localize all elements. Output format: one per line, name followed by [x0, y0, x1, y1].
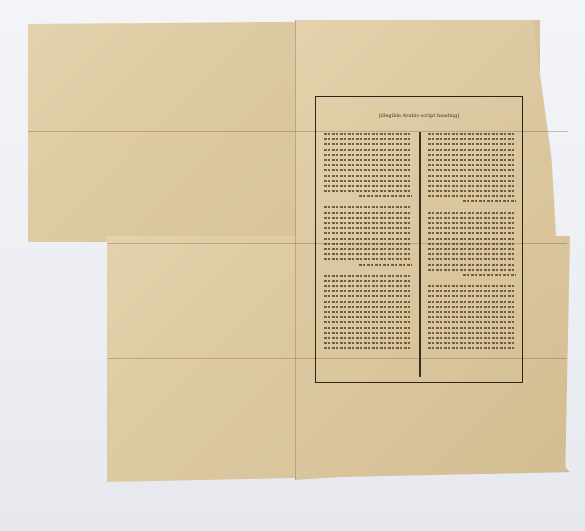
text-line [359, 264, 412, 266]
text-line [463, 274, 516, 276]
text-line [324, 217, 412, 219]
photo-scene: [illegible Arabic-script heading] [0, 0, 585, 531]
text-line [324, 222, 412, 224]
text-line [428, 342, 516, 344]
text-line [428, 311, 516, 313]
text-line [428, 138, 516, 140]
text-line [428, 301, 516, 303]
text-line [428, 143, 516, 145]
text-line [324, 227, 412, 229]
text-line [324, 180, 412, 182]
text-line [324, 248, 412, 250]
text-line [428, 238, 516, 240]
text-line [324, 138, 412, 140]
text-line [428, 175, 516, 177]
text-line [428, 327, 516, 329]
fold-crease-vertical [295, 20, 296, 480]
text-line [428, 295, 516, 297]
text-line [359, 195, 412, 197]
text-line [324, 290, 412, 292]
text-line [324, 342, 412, 344]
text-line [324, 321, 412, 323]
text-line [428, 285, 516, 287]
printed-text-block: [illegible Arabic-script heading] [315, 96, 523, 383]
text-line [428, 190, 516, 192]
text-line [324, 159, 412, 161]
text-line [324, 185, 412, 187]
text-line [324, 327, 412, 329]
text-line [324, 232, 412, 234]
text-line [428, 316, 516, 318]
text-line [428, 258, 516, 260]
text-line [428, 159, 516, 161]
text-line [428, 164, 516, 166]
text-line [324, 337, 412, 339]
text-line [324, 243, 412, 245]
text-line [428, 222, 516, 224]
text-line [428, 180, 516, 182]
text-line [428, 195, 516, 197]
text-line [428, 321, 516, 323]
text-line [324, 175, 412, 177]
text-column-left [324, 133, 412, 373]
document-title: [illegible Arabic-script heading] [316, 113, 522, 119]
text-line [324, 164, 412, 166]
text-line [324, 258, 412, 260]
text-line [428, 217, 516, 219]
text-line [428, 332, 516, 334]
text-line [324, 316, 412, 318]
text-line [324, 253, 412, 255]
text-line [324, 169, 412, 171]
text-line [428, 243, 516, 245]
text-line [324, 133, 412, 135]
text-line [324, 301, 412, 303]
text-line [324, 190, 412, 192]
text-line [428, 306, 516, 308]
text-line [428, 212, 516, 214]
text-line [324, 275, 412, 277]
text-line [428, 248, 516, 250]
text-line [428, 185, 516, 187]
text-line [428, 264, 516, 266]
text-line [428, 154, 516, 156]
column-divider [419, 132, 421, 377]
text-line [428, 253, 516, 255]
text-line [428, 149, 516, 151]
text-line [324, 206, 412, 208]
text-line [324, 280, 412, 282]
text-line [324, 306, 412, 308]
text-line [428, 232, 516, 234]
text-line [324, 332, 412, 334]
text-line [324, 295, 412, 297]
text-line [463, 200, 516, 202]
text-line [324, 347, 412, 349]
text-column-right [428, 133, 516, 373]
text-line [428, 227, 516, 229]
text-line [324, 311, 412, 313]
text-line [428, 347, 516, 349]
text-line [324, 285, 412, 287]
text-line [324, 143, 412, 145]
text-line [428, 133, 516, 135]
text-line [428, 290, 516, 292]
text-line [428, 337, 516, 339]
text-line [324, 212, 412, 214]
text-line [324, 238, 412, 240]
text-line [324, 154, 412, 156]
text-line [428, 269, 516, 271]
text-line [324, 149, 412, 151]
text-line [428, 169, 516, 171]
